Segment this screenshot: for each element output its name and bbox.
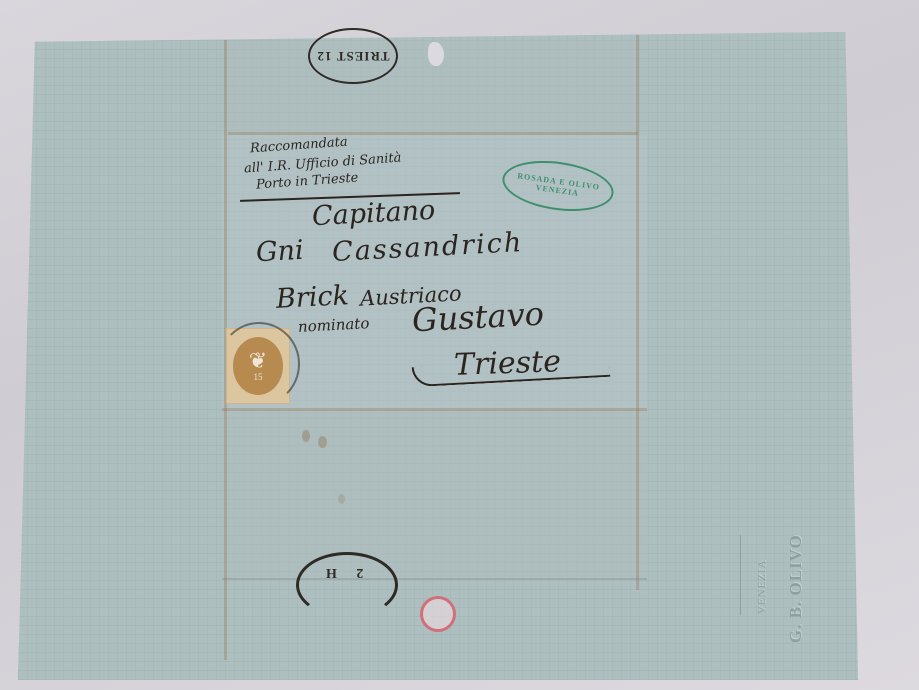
address-name-prefix: Gni xyxy=(255,235,304,268)
embossed-rule xyxy=(740,535,741,615)
stain xyxy=(318,436,327,448)
address-vessel-type: Brick xyxy=(275,280,349,315)
paper-tear xyxy=(428,42,444,66)
embossed-sender-city: VENEZIA xyxy=(756,534,768,614)
wax-seal xyxy=(420,596,456,632)
postmark-bottom-text: 2 H xyxy=(318,564,363,580)
fold-line-middle xyxy=(222,408,647,411)
stain xyxy=(302,430,310,442)
stain xyxy=(338,494,345,504)
embossed-sender-name: G. B. OLIVO xyxy=(786,508,806,643)
lower-panel xyxy=(222,410,647,580)
postmark-top: TRIEST 12 xyxy=(308,28,398,84)
address-nominato: nominato xyxy=(298,314,370,336)
fold-line-right xyxy=(636,35,639,590)
fold-line-top xyxy=(228,132,638,135)
address-title: Capitano xyxy=(311,195,436,232)
address-ship-name: Gustavo xyxy=(411,295,545,340)
postmark-top-day: 12 xyxy=(317,48,332,64)
stamp-cancel-postmark xyxy=(218,322,300,406)
fold-line-bottom xyxy=(222,578,647,580)
postmark-bottom xyxy=(296,552,398,618)
postmark-top-text: TRIEST xyxy=(336,48,390,64)
